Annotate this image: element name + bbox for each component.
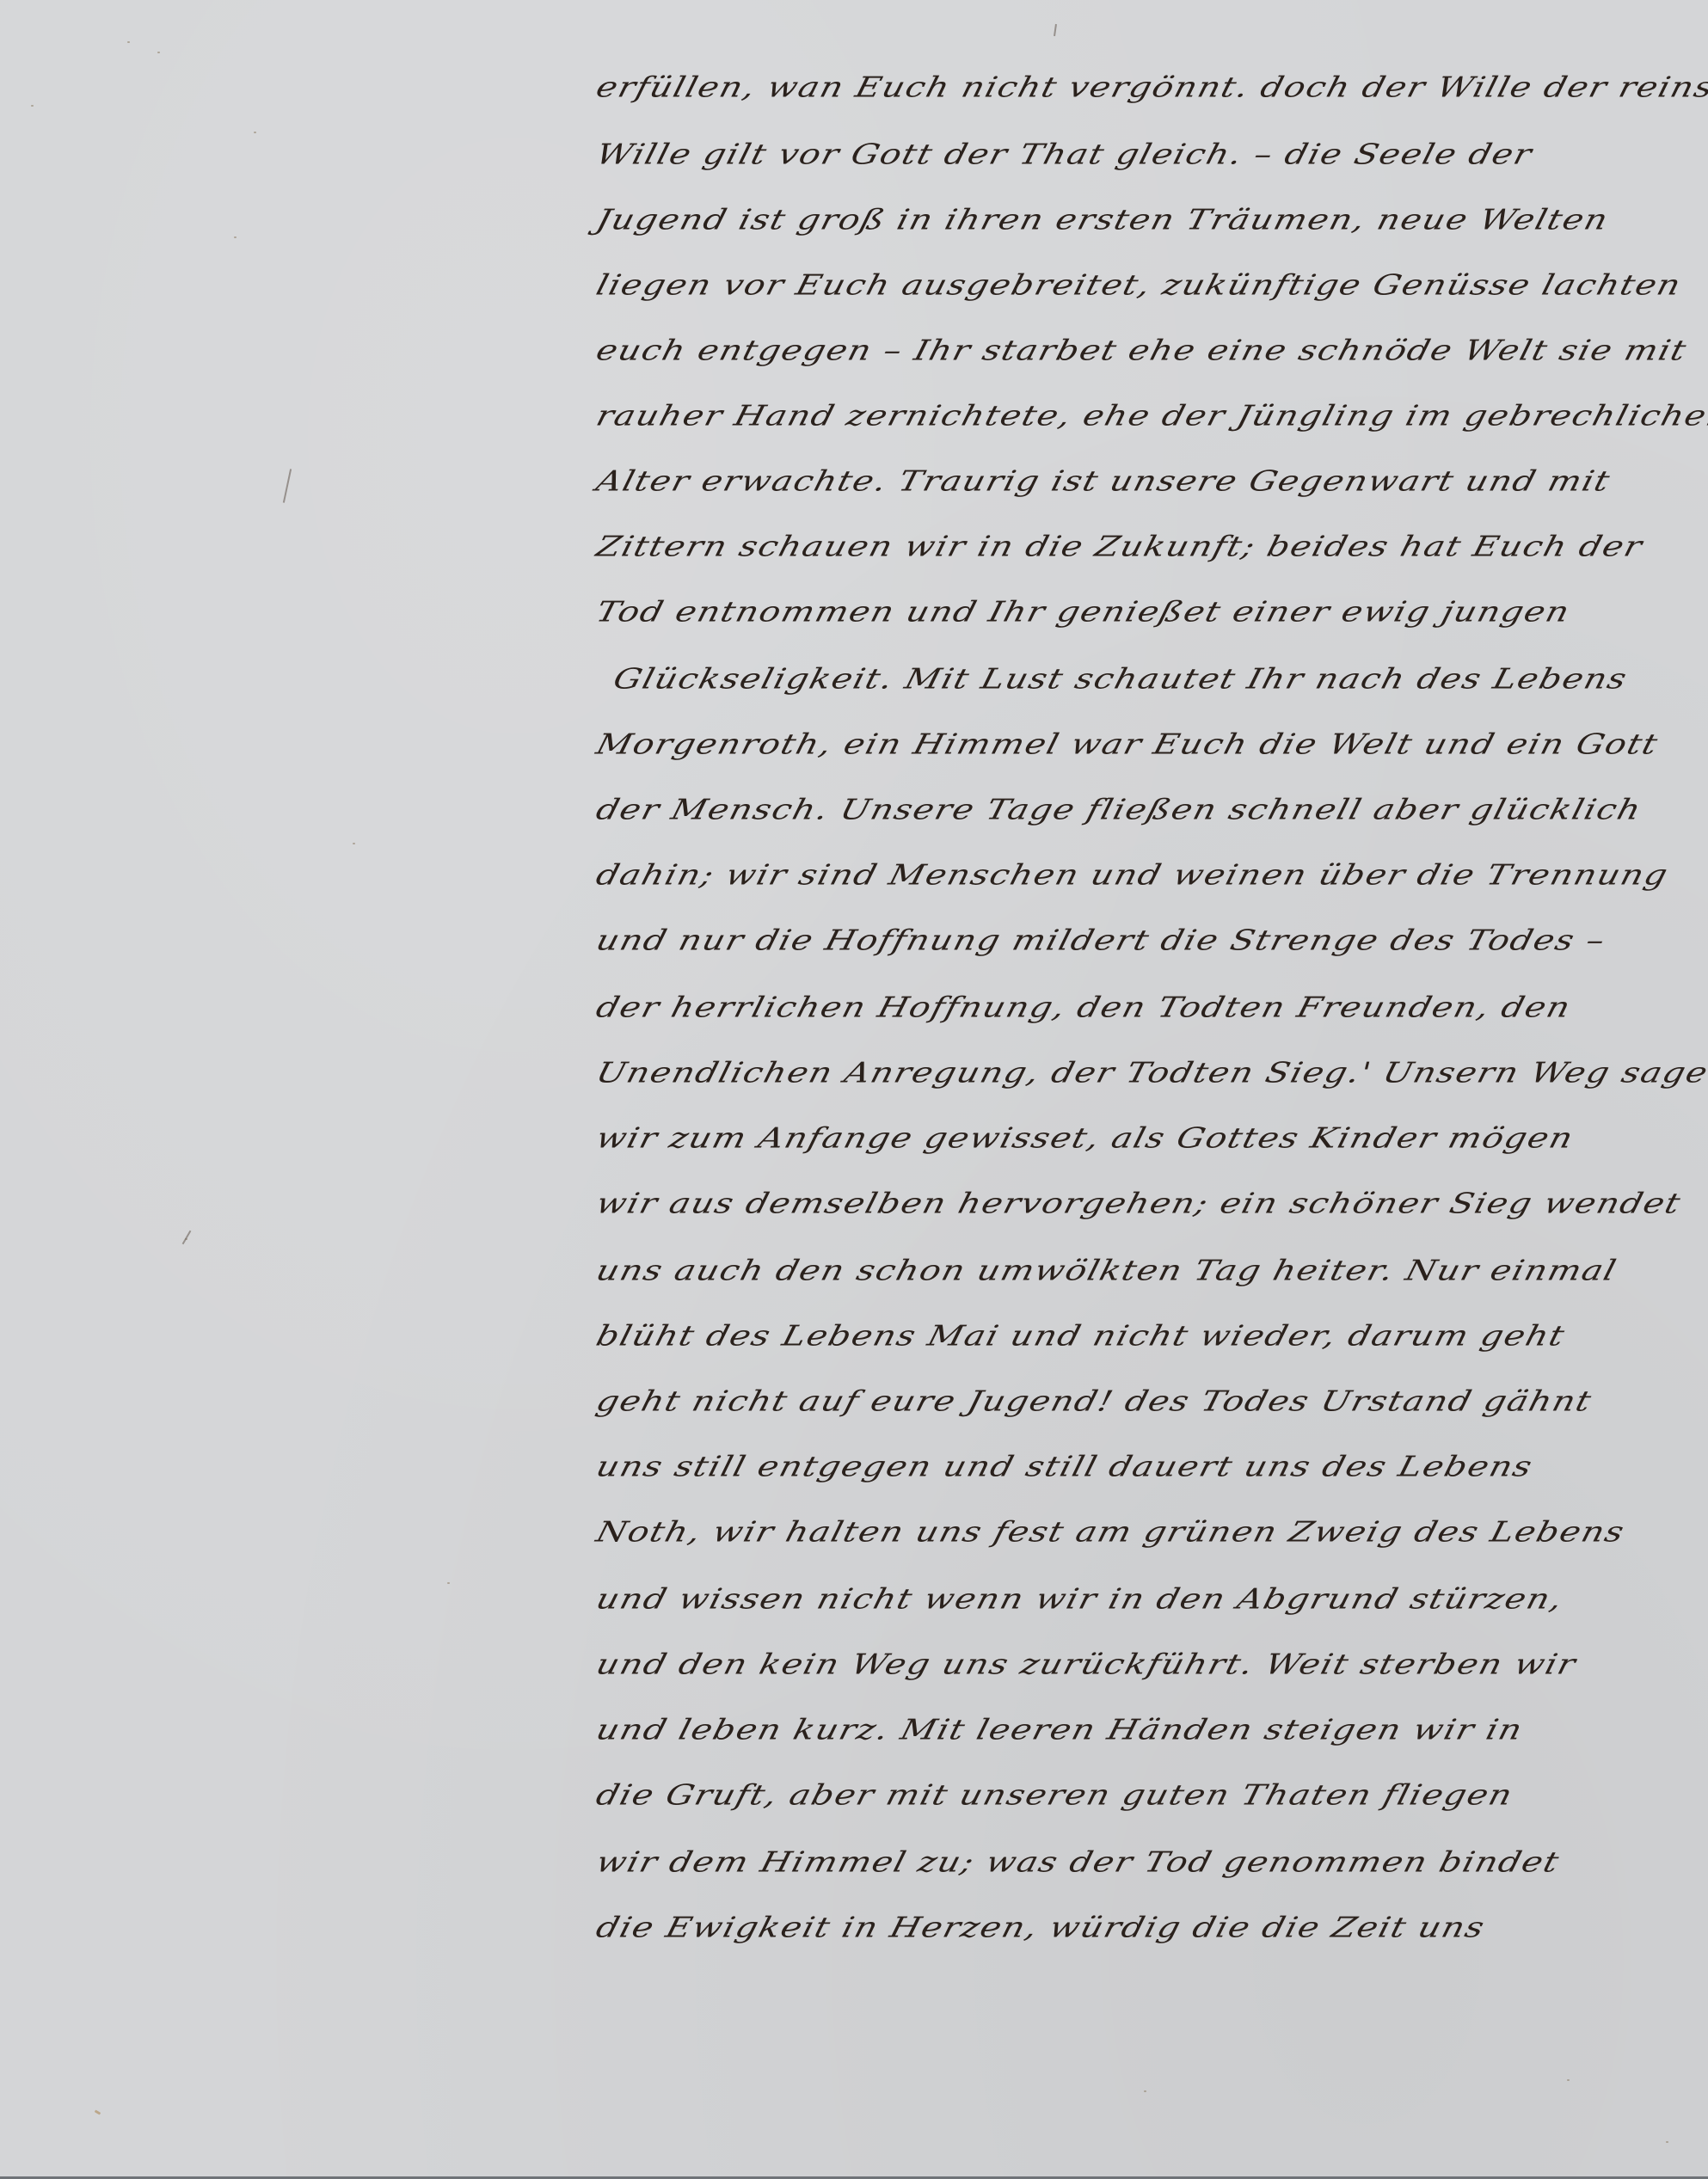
manuscript-line: wir aus demselben hervorgehen; ein schön… [593,1189,1684,1218]
manuscript-line: Noth, wir halten uns fest am grünen Zwei… [593,1518,1628,1546]
paper-speck [31,105,34,107]
manuscript-line: uns auch den schon umwölkten Tag heiter.… [593,1256,1619,1285]
manuscript-line: Unendlichen Anregung, der Todten Sieg.' … [593,1059,1708,1087]
manuscript-line: der herrlichen Hoffnung, den Todten Freu… [593,993,1574,1022]
paper-speck [447,1582,450,1584]
paper-speck [157,52,160,53]
paper-speck [234,236,237,238]
manuscript-line: Morgenroth, ein Himmel war Euch die Welt… [593,730,1662,758]
manuscript-line: dahin; wir sind Menschen und weinen über… [593,861,1671,889]
manuscript-line: Glückseligkeit. Mit Lust schautet Ihr na… [611,665,1631,693]
manuscript-line: erfüllen, wan Euch nicht vergönnt. doch … [593,73,1708,101]
manuscript-line: der Mensch. Unsere Tage fließen schnell … [593,795,1644,824]
manuscript-text: erfüllen, wan Euch nicht vergönnt. doch … [593,0,1686,2179]
manuscript-line: und leben kurz. Mit leeren Händen steige… [593,1716,1526,1744]
paper-speck [254,132,256,133]
manuscript-line: wir dem Himmel zu; was der Tod genommen … [593,1848,1563,1876]
paper-speck [95,2109,101,2115]
manuscript-line: die Gruft, aber mit unseren guten Thaten… [593,1781,1516,1809]
manuscript-line: Wille gilt vor Gott der That gleich. – d… [593,140,1535,169]
manuscript-line: Tod entnommen und Ihr genießet einer ewi… [593,598,1573,626]
manuscript-line: liegen vor Euch ausgebreitet, zukünftige… [593,271,1685,299]
paper-speck [127,41,130,43]
manuscript-line: Alter erwachte. Traurig ist unsere Gegen… [593,467,1613,495]
manuscript-line: die Ewigkeit in Herzen, würdig die die Z… [593,1913,1488,1942]
margin-mark [182,1231,192,1245]
manuscript-line: und nur die Hoffnung mildert die Strenge… [593,926,1609,954]
margin-mark [283,469,292,503]
paper-speck [353,843,355,844]
manuscript-line: rauher Hand zernichtete, ehe der Jünglin… [593,402,1708,430]
manuscript-line: blüht des Lebens Mai und nicht wieder, d… [593,1322,1568,1350]
manuscript-line: Jugend ist groß in ihren ersten Träumen,… [593,206,1612,234]
manuscript-line: geht nicht auf eure Jugend! des Todes Ur… [593,1387,1594,1415]
manuscript-line: Zittern schauen wir in die Zukunft; beid… [593,532,1646,561]
manuscript-line: und wissen nicht wenn wir in den Abgrund… [593,1585,1566,1613]
manuscript-line: und den kein Weg uns zurückführt. Weit s… [593,1650,1579,1679]
manuscript-line: wir zum Anfange gewisset, als Gottes Kin… [593,1124,1576,1152]
manuscript-line: euch entgegen – Ihr starbet ehe eine sch… [593,336,1690,365]
manuscript-line: uns still entgegen und still dauert uns … [593,1452,1536,1481]
